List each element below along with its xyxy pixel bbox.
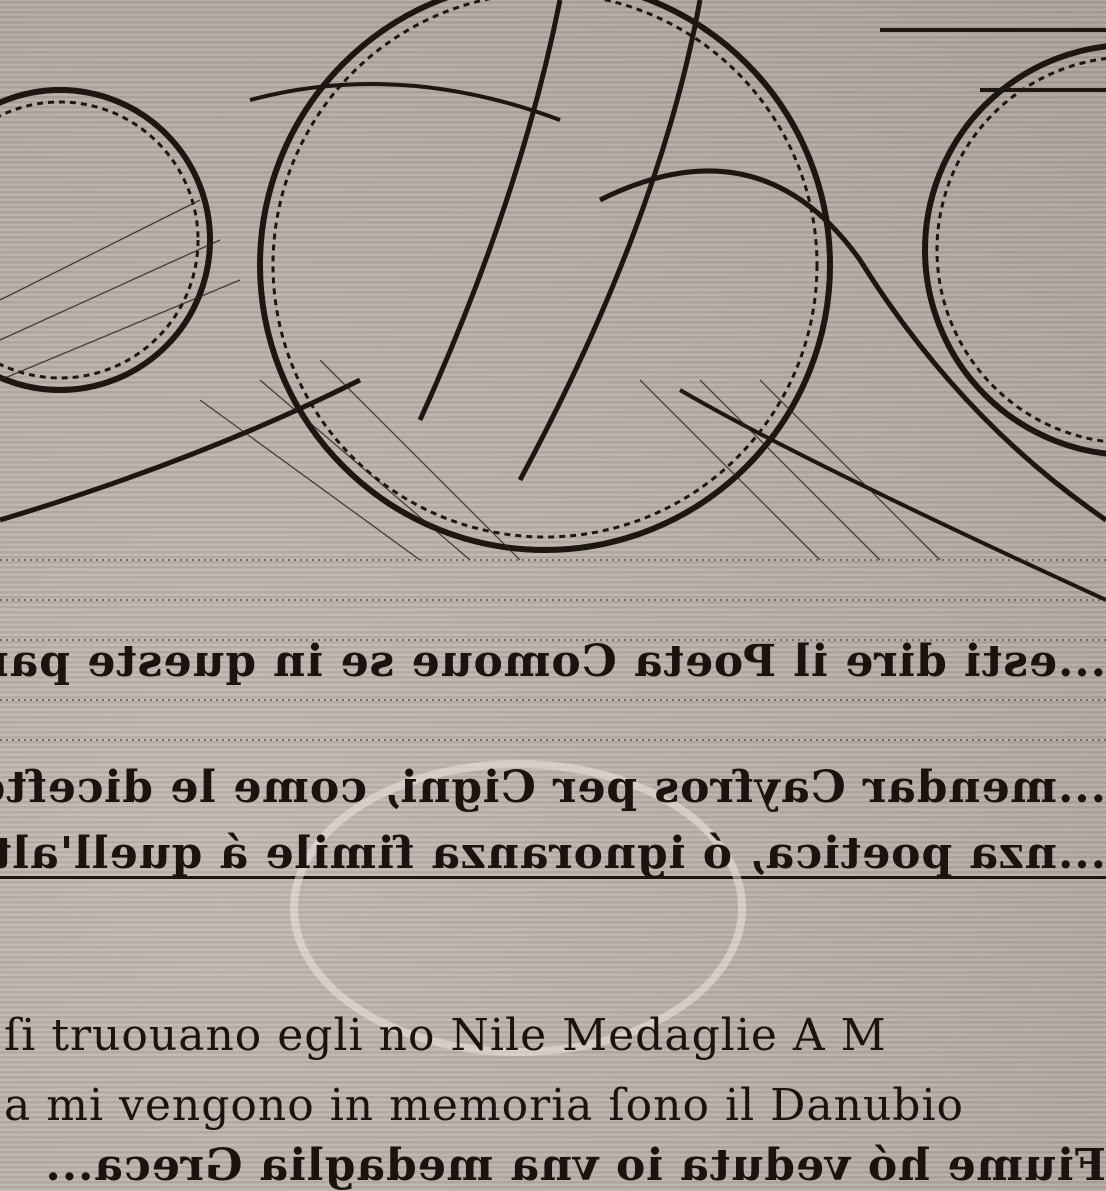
mirrored-text-line-2: ...mendar Cayfros per Cigni, come le dic… — [0, 762, 1106, 813]
overprinted-text-line: ſi truouano egli no Nile Medaglie A M — [4, 1010, 887, 1061]
right-ring — [925, 45, 1106, 455]
woodcut-engraving — [0, 0, 1106, 880]
main-text-line: a mi vengono in memoria ſono il Danubio — [4, 1080, 964, 1131]
mirrored-text-line-1: ...esti dire il Poeta Comoue se in quest… — [0, 636, 1106, 687]
mirrored-text-line-5: Fiume hó veduta io vna medaglia Greca... — [0, 1140, 1106, 1191]
mirrored-text-line-3: ...nza poetica, ó ignoranza fimile á que… — [0, 828, 1106, 879]
central-ring — [260, 0, 830, 550]
left-ring — [0, 90, 210, 390]
mirrored-text-line-4: ...cedi Cadmo. — [0, 888, 1106, 939]
